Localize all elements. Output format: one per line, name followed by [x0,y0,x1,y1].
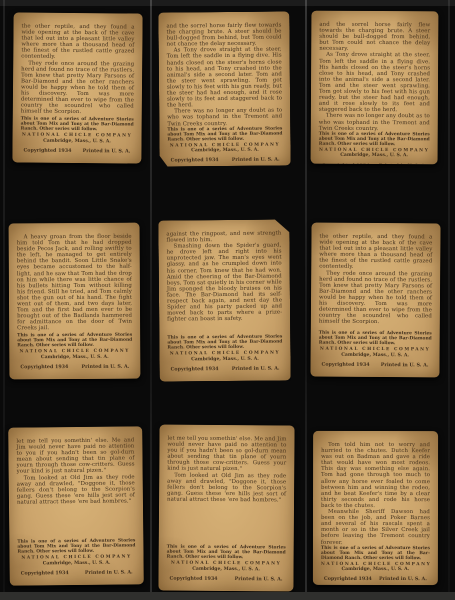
copyright-line: Copyrighted 1934 [23,148,71,154]
company-address: Cambridge, Mass., U. S. A. [168,148,283,154]
story-paragraph: As Tony drove straight at the steer, Tom… [167,47,283,109]
copyright-line: Copyrighted 1934 [21,570,69,577]
card-middle-center: against the ringpost, and new strength f… [158,219,290,381]
copyright-line: Copyrighted 1934 [20,364,68,370]
printed-line: Printed in U. S. A. [83,148,131,154]
story-paragraph: Tom told him not to worry and hurried to… [321,442,430,509]
company-address: Cambridge, Mass., U. S. A. [21,138,134,144]
company-address: Cambridge, Mass., U. S. A. [167,356,282,362]
copyright-line: Copyrighted 1934 [171,366,219,372]
card-footer: This is one of a series of Adventure Sto… [20,117,133,155]
copyright-line: Copyrighted 1934 [322,162,370,164]
card-story-text: the other reptile, and they found a wide… [21,24,135,116]
series-note: This is one of a series of Adventure Sto… [321,545,430,560]
card-footer: This is one of a series of Adventure Sto… [167,126,282,164]
card-top-right: and the sorrel horse fairly flew towards… [311,11,439,165]
company-address: Cambridge, Mass., U. S. A. [167,566,286,572]
story-paragraph: They rode once around the grazing herd a… [319,270,432,326]
sleeve-edge-left [3,0,5,600]
copyright-row: Copyrighted 1934 Printed in U. S. A. [18,569,136,576]
card-middle-right: the other reptile, and they found a wide… [310,223,440,378]
card-footer: This is one of a series of Adventure Sto… [17,333,132,370]
card-story-text: let me tell you somethin' else. Me and J… [167,436,286,504]
card-top-left: the other reptile, and they found a wide… [12,12,142,163]
copyright-row: Copyrighted 1934 Printed in U. S. A. [319,162,430,164]
copyright-line: Copyrighted 1934 [171,158,219,164]
card-story-text: against the ringpost, and new strength f… [166,231,282,323]
story-paragraph: the other reptile, and they found a wide… [21,24,134,62]
copyright-row: Copyrighted 1934 Printed in U. S. A. [321,576,430,582]
printed-line: Printed in U. S. A. [235,576,283,582]
card-story-text: Tom told him not to worry and hurried to… [321,442,430,546]
card-story-text: the other reptile, and they found a wide… [319,234,433,326]
series-note: This is one of a series of Adventure Sto… [21,117,134,133]
card-story-text: A heavy groan from the floor beside him … [17,234,133,332]
series-note: This is one of a series of Adventure Sto… [17,333,132,349]
company-address: Cambridge, Mass., U. S. A. [319,352,432,358]
story-paragraph: the other reptile, and they found a wide… [319,234,432,271]
card-footer: This is one of a series of Adventure Sto… [17,538,135,576]
story-paragraph: Tom looked at Old Jim as they rode away … [167,472,286,503]
story-paragraph: There was no longer any doubt as to who … [167,108,282,127]
printed-line: Printed in U. S. A. [379,163,427,165]
series-note: This is one of a series of Adventure Sto… [17,538,135,555]
tray-top-edge [0,0,455,6]
printed-line: Printed in U. S. A. [82,364,130,370]
copyright-line: Copyrighted 1934 [322,362,370,368]
story-paragraph: Smashing down the Spider's guard, he dro… [167,243,283,323]
printed-line: Printed in U. S. A. [379,576,427,582]
printed-line: Printed in U. S. A. [232,366,280,372]
card-footer: This is one of a series of Adventure Sto… [166,545,285,583]
copyright-row: Copyrighted 1934 Printed in U. S. A. [166,576,285,583]
story-paragraph: Meanwhile Sheriff Dawson had been on the… [321,509,430,546]
card-footer: This is one of a series of Adventure Sto… [319,331,432,369]
story-paragraph: A heavy groan from the floor beside him … [17,234,133,332]
copyright-line: Copyrighted 1934 [324,576,372,582]
tray-bottom-edge [0,592,455,600]
series-note: This is one of a series of Adventure Sto… [319,131,430,147]
story-paragraph: let me tell you somethin' else. Me and J… [16,437,134,475]
printed-line: Printed in U. S. A. [85,569,133,576]
series-note: This is one of a series of Adventure Sto… [167,335,282,351]
card-middle-left: A heavy groan from the floor beside him … [9,223,141,380]
company-address: Cambridge, Mass., U. S. A. [321,567,430,572]
story-paragraph: against the ringpost, and new strength f… [166,231,281,244]
story-paragraph: let me tell you somethin' else. Me and J… [167,436,286,473]
printed-line: Printed in U. S. A. [232,157,280,163]
card-bottom-right: Tom told him not to worry and hurried to… [313,431,438,585]
card-display-tray: the other reptile, and they found a wide… [0,0,455,600]
company-address: Cambridge, Mass., U. S. A. [319,153,430,159]
copyright-row: Copyrighted 1934 Printed in U. S. A. [168,157,283,164]
copyright-row: Copyrighted 1934 Printed in U. S. A. [20,148,133,155]
story-paragraph: They rode once around the grazing herd a… [21,60,134,116]
story-paragraph: and the sorrel horse fairly flew towards… [166,23,281,48]
copyright-row: Copyrighted 1934 Printed in U. S. A. [319,362,432,369]
series-note: This is one of a series of Adventure Sto… [167,126,282,142]
card-footer: This is one of a series of Adventure Sto… [167,335,282,373]
series-note: This is one of a series of Adventure Sto… [167,545,286,561]
sleeve-edge-right [448,0,450,600]
copyright-row: Copyrighted 1934 Printed in U. S. A. [17,364,132,371]
card-story-text: let me tell you somethin' else. Me and J… [16,437,135,505]
printed-line: Printed in U. S. A. [381,362,429,368]
story-paragraph: and the sorrel horse fairly flew towards… [319,22,430,53]
card-footer: This is one of a series of Adventure Sto… [319,131,430,164]
card-story-text: and the sorrel horse fairly flew towards… [166,23,282,128]
sleeve-divider-2 [305,0,307,600]
copyright-row: Copyrighted 1934 Printed in U. S. A. [168,365,283,372]
story-paragraph: As Tony drove straight at the steer, Tom… [319,52,430,114]
sleeve-divider-1 [150,0,152,600]
company-address: Cambridge, Mass., U. S. A. [17,354,132,360]
copyright-line: Copyrighted 1934 [169,576,217,582]
story-paragraph: There was no longer any doubt as to who … [319,113,430,132]
series-note: This is one of a series of Adventure Sto… [319,331,432,347]
story-paragraph: Tom looked at Old Jim as they rode away … [17,474,135,506]
card-bottom-left: let me tell you somethin' else. Me and J… [8,426,144,585]
card-bottom-center: let me tell you somethin' else. Me and J… [158,425,294,592]
card-story-text: and the sorrel horse fairly flew towards… [319,22,431,132]
card-footer: This is one of a series of Adventure Sto… [321,545,430,582]
card-top-center: and the sorrel horse fairly flew towards… [158,11,290,166]
